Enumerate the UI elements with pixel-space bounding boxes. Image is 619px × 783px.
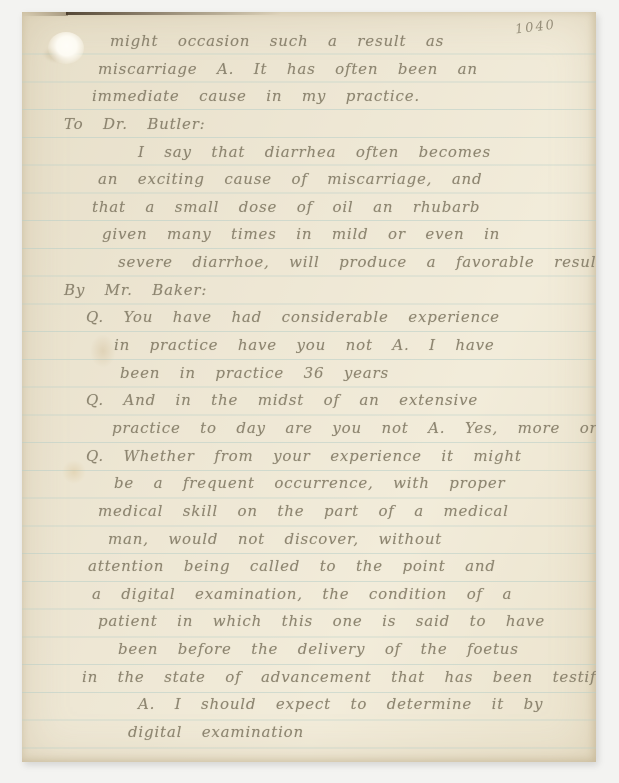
handwritten-line: By Mr. Baker: [22,277,596,305]
handwritten-line: an exciting cause of miscarriage, and [22,166,596,194]
handwritten-line: been in practice 36 years [22,360,596,388]
handwritten-line: given many times in mild or even in [22,221,596,249]
handwritten-line: severe diarrhoe, will produce a favorabl… [22,249,596,277]
manuscript-page: 1040 might occasion such a result asmisc… [22,12,596,762]
handwritten-line: medical skill on the part of a medical [22,498,596,526]
handwritten-line: in practice have you not A. I have [22,332,596,360]
handwritten-text: might occasion such a result asmiscarria… [22,28,596,747]
handwritten-line: been before the delivery of the foetus [22,636,596,664]
handwritten-line: digital examination [22,719,596,747]
handwritten-line: I say that diarrhea often becomes [22,139,596,167]
handwritten-line: To Dr. Butler: [22,111,596,139]
handwritten-line: practice to day are you not A. Yes, more… [22,415,596,443]
handwritten-line: immediate cause in my practice. [22,83,596,111]
handwritten-line: miscarriage A. It has often been an [22,56,596,84]
paper-top-edge-shadow [22,12,68,16]
handwritten-line: might occasion such a result as [22,28,596,56]
handwritten-line: man, would not discover, without [22,526,596,554]
handwritten-line: patient in which this one is said to hav… [22,608,596,636]
handwritten-line: A. I should expect to determine it by [22,691,596,719]
handwritten-line: attention being called to the point and [22,553,596,581]
handwritten-line: that a small dose of oil an rhubarb [22,194,596,222]
handwritten-line: Q. You have had considerable experience [22,304,596,332]
handwritten-line: Q. And in the midst of an extensive [22,387,596,415]
handwritten-line: be a frequent occurrence, with proper [22,470,596,498]
photo-background: 1040 might occasion such a result asmisc… [0,0,619,783]
paper-top-edge [66,12,281,15]
handwritten-line: a digital examination, the condition of … [22,581,596,609]
handwritten-line: Q. Whether from your experience it might [22,443,596,471]
handwritten-line: in the state of advancement that has bee… [22,664,596,692]
